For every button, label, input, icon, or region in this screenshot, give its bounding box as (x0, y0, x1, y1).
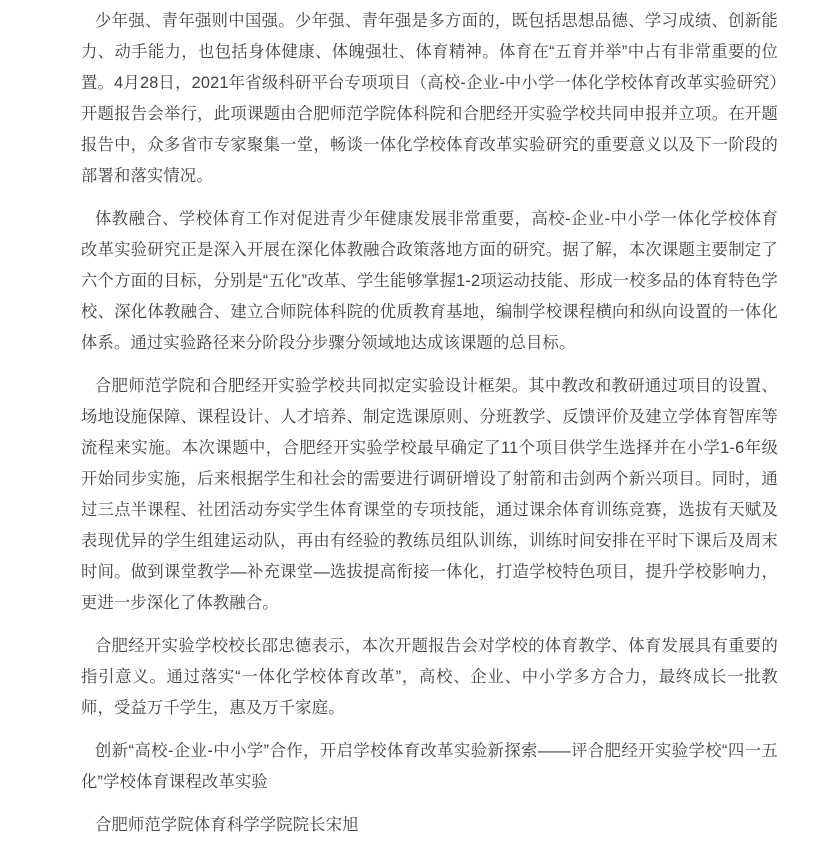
article-body: 少年强、青年强则中国强。少年强、青年强是多方面的，既包括思想品德、学习成绩、创新… (81, 0, 778, 841)
paragraph-intro: 少年强、青年强则中国强。少年强、青年强是多方面的，既包括思想品德、学习成绩、创新… (81, 6, 778, 192)
paragraph-author-byline: 合肥师范学院体育科学学院院长宋旭 (81, 810, 778, 841)
document-page: { "page": { "background_color": "#ffffff… (0, 0, 839, 852)
paragraph-goals: 体教融合、学校体育工作对促进青少年健康发展非常重要，高校-企业-中小学一体化学校… (81, 204, 778, 359)
paragraph-principal-remarks: 合肥经开实验学校校长邵忠德表示，本次开题报告会对学校的体育教学、体育发展具有重要… (81, 631, 778, 724)
paragraph-review-title: 创新“高校-企业-中小学”合作，开启学校体育改革实验新探索——评合肥经开实验学校… (81, 736, 778, 798)
paragraph-implementation: 合肥师范学院和合肥经开实验学校共同拟定实验设计框架。其中教改和教研通过项目的设置… (81, 371, 778, 619)
